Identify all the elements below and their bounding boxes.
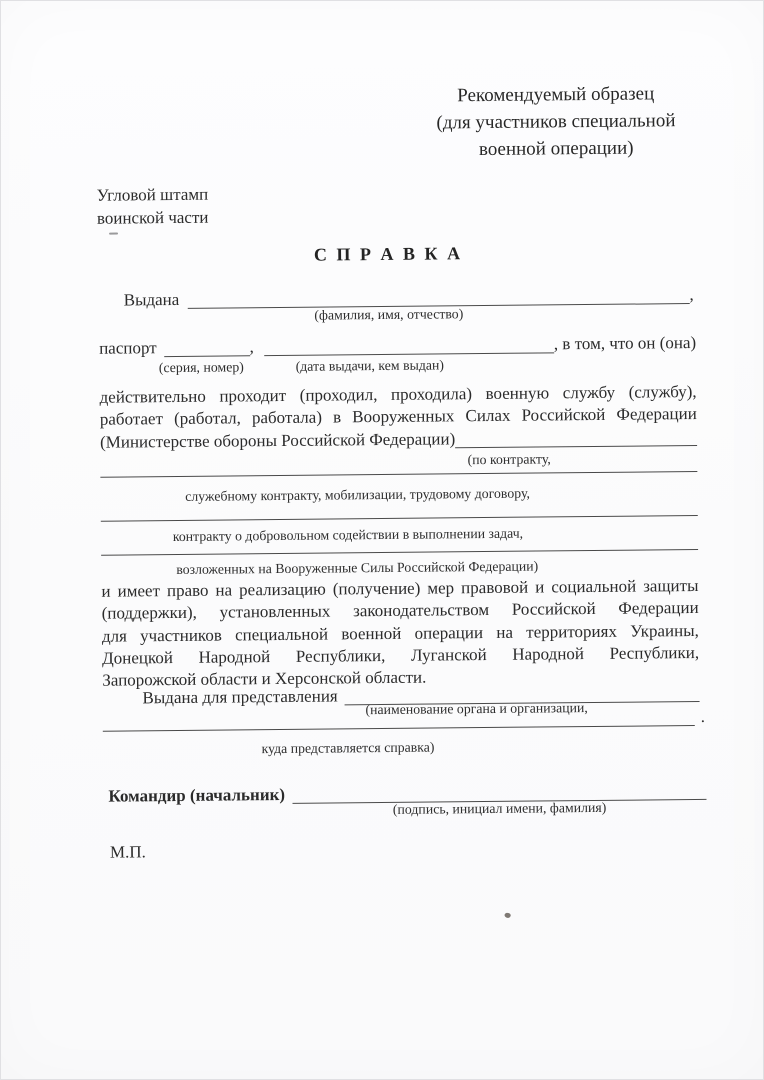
scanned-document-page: Рекомендуемый образец (для участников сп… bbox=[0, 0, 764, 1080]
ministry-text: (Министерстве обороны Российской Федерац… bbox=[100, 428, 455, 454]
blank-ruled-line bbox=[100, 471, 697, 478]
caption-assigned-forces: возложенных на Вооруженные Силы Российск… bbox=[157, 558, 557, 578]
caption-issue-date: (дата выдачи, кем выдан) bbox=[287, 357, 452, 375]
blank-ruled-line bbox=[101, 549, 698, 556]
presented-to-label: Выдана для представления bbox=[142, 685, 337, 709]
passport-series-blank bbox=[164, 353, 250, 357]
header-note-line: (для участников специальной bbox=[417, 107, 695, 137]
document-title: С П Р А В К А bbox=[93, 241, 683, 268]
header-note: Рекомендуемый образец (для участников сп… bbox=[417, 80, 696, 164]
service-paragraph-line: (Министерстве обороны Российской Федерац… bbox=[100, 426, 697, 454]
passport-label: паспорт bbox=[99, 337, 157, 360]
header-note-line: военной операции) bbox=[417, 134, 695, 164]
caption-volunteer-contract: контракту о добровольном содействии в вы… bbox=[148, 525, 548, 545]
caption-full-name: (фамилия, имя, отчество) bbox=[239, 305, 539, 324]
scan-dash-artifact bbox=[109, 233, 118, 235]
caption-where-presented: куда представляется справка) bbox=[198, 739, 498, 758]
header-note-line: Рекомендуемый образец bbox=[417, 80, 695, 110]
caption-signature: (подпись, инициал имени, фамилия) bbox=[350, 799, 650, 818]
caption-organization: (наименование органа и организации, bbox=[327, 700, 627, 719]
sentence-period: . bbox=[701, 706, 705, 728]
scan-speck-artifact bbox=[504, 912, 512, 919]
stamp-note-line: воинской части bbox=[97, 206, 209, 230]
caption-series-number: (серия, номер) bbox=[136, 359, 266, 376]
passport-line: паспорт , , в том, что он (она) bbox=[99, 332, 696, 360]
rights-paragraph: и имеет право на реализацию (получение) … bbox=[101, 575, 699, 692]
stamp-note-line: Угловой штамп bbox=[97, 184, 209, 208]
stamp-note: Угловой штамп воинской части bbox=[97, 184, 209, 230]
passport-issue-blank bbox=[264, 350, 554, 356]
caption-contract: (по контракту, bbox=[429, 451, 589, 469]
blank-ruled-line bbox=[101, 515, 698, 522]
service-paragraph: действительно проходит (проходил, проход… bbox=[100, 381, 698, 454]
organization-ruled-line bbox=[103, 725, 695, 732]
caption-service-contract: служебному контракту, мобилизации, трудо… bbox=[157, 485, 557, 505]
commander-label: Командир (начальник) bbox=[108, 784, 285, 808]
passport-after-text: , в том, что он (она) bbox=[554, 332, 696, 356]
seal-place-mark: М.П. bbox=[110, 841, 146, 864]
passport-comma: , bbox=[250, 336, 254, 358]
issued-to-label: Выдана bbox=[124, 289, 180, 312]
issued-to-comma: , bbox=[689, 284, 693, 306]
document-sheet: Рекомендуемый образец (для участников сп… bbox=[0, 0, 764, 1080]
contract-type-blank bbox=[455, 443, 697, 448]
